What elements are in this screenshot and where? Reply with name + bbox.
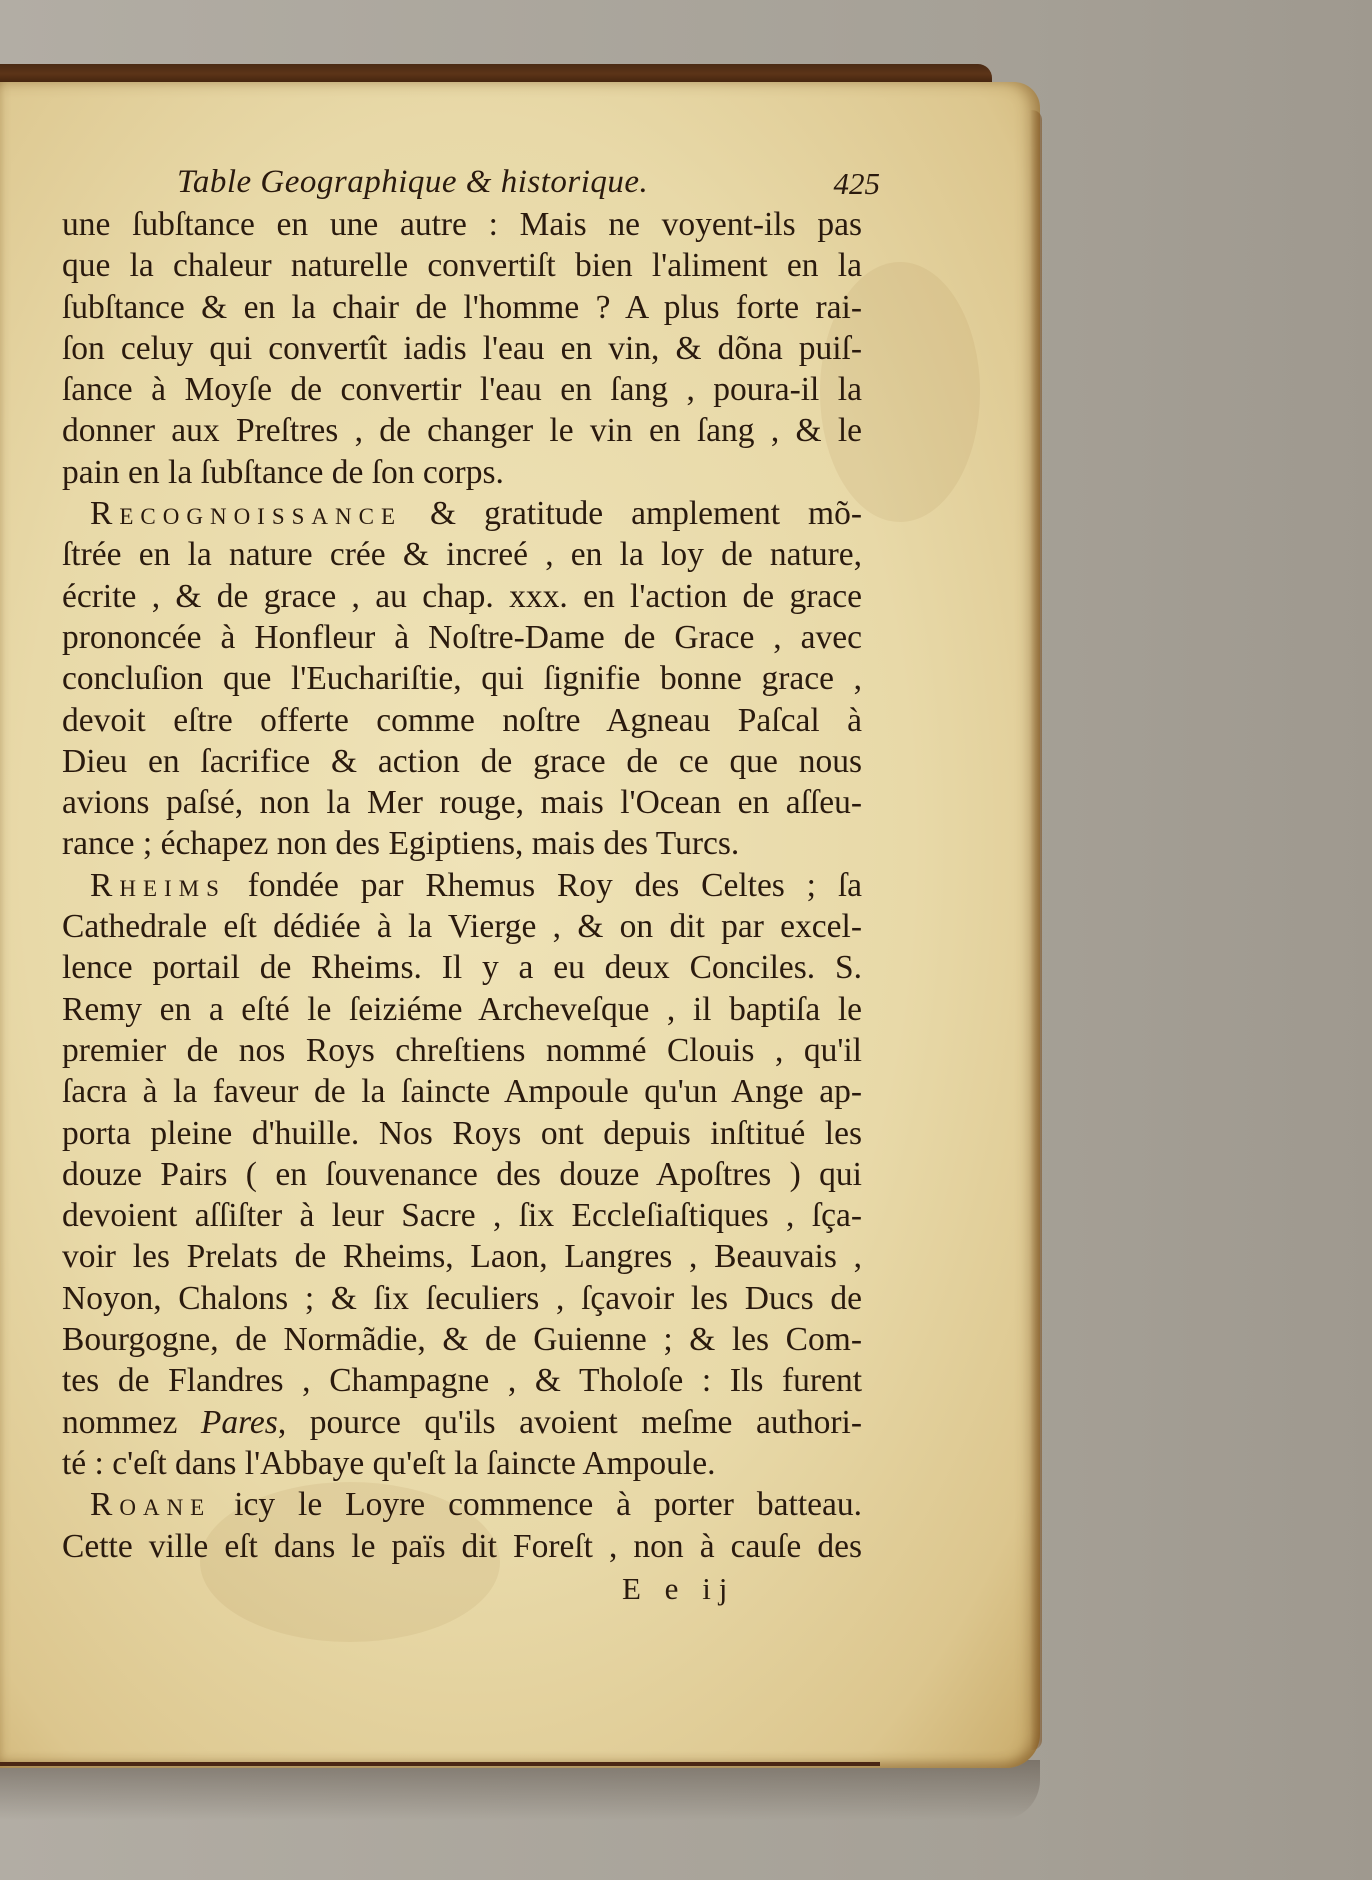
text-line: tes de Flandres , Champagne , & Tholoſe … [62,1360,862,1401]
entry-continuation: une ſubſtance en une autre : Mais ne voy… [62,204,872,493]
signature-mark: E e ij [622,1567,735,1611]
text-line: donner aux Preſtres , de changer le vin … [62,410,862,451]
italic-term: Pares [201,1404,278,1441]
running-head-title: Table Geographique & historique. [177,160,648,204]
text-line: Cette ville eſt dans le païs dit Foreſt … [62,1526,862,1567]
text-line: concluſion que l'Euchariſtie, qui ſignif… [62,658,862,699]
text-line: té : c'eſt dans l'Abbaye qu'eſt la ſainc… [62,1443,862,1484]
running-head: Table Geographique & historique. 425 [62,160,872,204]
page-number: 425 [834,162,881,206]
signature-mark-row: E e ij [62,1567,872,1611]
page-bottom-edge [0,1762,880,1766]
text-line-with-italic: nommez Pares, pource qu'ils avoient meſm… [62,1402,862,1443]
text-line: ſubſtance & en la chair de l'homme ? A p… [62,287,862,328]
text-line: écrite , & de grace , au chap. xxx. en l… [62,576,862,617]
entry-roane: Roane icy le Loyre commence à porter bat… [62,1484,872,1567]
text-line: devoit eſtre offerte comme noſtre Agneau… [62,700,862,741]
entry-headword: Rheims [90,867,226,904]
text-line: Dieu en ſacrifice & action de grace de c… [62,741,862,782]
text-line: Noyon, Chalons ; & ſix ſeculiers , ſçavo… [62,1278,862,1319]
text-line: pain en la ſubſtance de ſon corps. [62,452,862,493]
text-line: devoient aſſiſter à leur Sacre , ſix Ecc… [62,1195,862,1236]
entry-first-line-text: fondée par Rhemus Roy des Celtes ; ſa [226,867,862,904]
text-line: prononcée à Honfleur à Noſtre-Dame de Gr… [62,617,862,658]
page-right-edge [1030,110,1042,1750]
text-line: ſacra à la faveur de la ſaincte Ampoule … [62,1071,862,1112]
text-line: ſon celuy qui convertît iadis l'eau en v… [62,328,862,369]
text-line: Cathedrale eſt dédiée à la Vierge , & on… [62,906,862,947]
page-shadow [0,1760,1040,1820]
text-line: voir les Prelats de Rheims, Laon, Langre… [62,1236,862,1277]
entry-first-line-text: icy le Loyre commence à porter batteau. [211,1486,862,1523]
text-line: Remy en a eſté le ſeiziéme Archeveſque ,… [62,989,862,1030]
text-line: une ſubſtance en une autre : Mais ne voy… [62,204,862,245]
text-line: ſance à Moyſe de convertir l'eau en ſang… [62,369,862,410]
text-segment: , pource qu'ils avoient meſme authori- [278,1404,862,1441]
text-line: douze Pairs ( en ſouvenance des douze Ap… [62,1154,862,1195]
text-segment: nommez [62,1404,201,1441]
entry-headword: Roane [90,1486,211,1523]
entry-rheims: Rheims fondée par Rhemus Roy des Celtes … [62,865,872,1484]
text-line: Bourgogne, de Normãdie, & de Guienne ; &… [62,1319,862,1360]
entry-headword: Recognoissance [90,495,402,532]
page-text-block: Table Geographique & historique. 425 une… [62,160,872,1611]
text-line: avions paſsé, non la Mer rouge, mais l'O… [62,782,862,823]
text-line: que la chaleur naturelle convertiſt bien… [62,245,862,286]
entry-first-line: Recognoissance & gratitude amplement mõ- [62,493,862,534]
text-line: lence portail de Rheims. Il y a eu deux … [62,947,862,988]
text-line: premier de nos Roys chreſtiens nommé Clo… [62,1030,862,1071]
entry-first-line: Rheims fondée par Rhemus Roy des Celtes … [62,865,862,906]
entry-first-line-text: & gratitude amplement mõ- [402,495,862,532]
entry-first-line: Roane icy le Loyre commence à porter bat… [62,1484,862,1525]
text-line: ſtrée en la nature crée & increé , en la… [62,534,862,575]
entry-recognoissance: Recognoissance & gratitude amplement mõ-… [62,493,872,865]
text-line: rance ; échapez non des Egiptiens, mais … [62,823,862,864]
text-line: porta pleine d'huille. Nos Roys ont depu… [62,1113,862,1154]
